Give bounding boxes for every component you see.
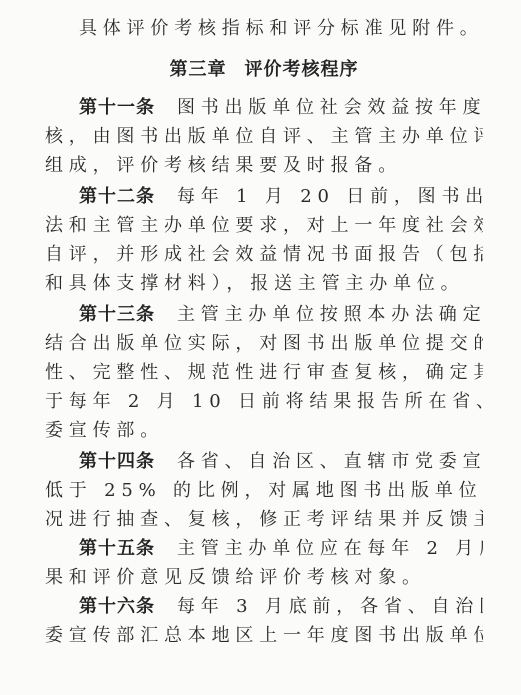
article-11: 第十一条图书出版单位社会效益按年度进行评价考 核，由图书出版单位自评、主管主办单… bbox=[45, 93, 483, 180]
article-line: 第十五条主管主办单位应在每年 2 月底前将考核结 bbox=[45, 534, 483, 563]
article-label: 第十四条 bbox=[79, 451, 155, 472]
article-line: 自评，并形成社会效益情况书面报告（包括自评得分情况 bbox=[45, 240, 483, 269]
chapter-title: 评价考核程序 bbox=[245, 59, 359, 80]
article-line: 委宣传部。 bbox=[45, 416, 483, 445]
document-page: 具体评价考核指标和评分标准见附件。 第三章评价考核程序 第十一条图书出版单位社会… bbox=[45, 14, 483, 650]
article-line: 于每年 2 月 10 日前将结果报告所在省、自治区、直辖市党 bbox=[45, 387, 483, 416]
article-label: 第十二条 bbox=[79, 186, 155, 207]
article-16: 第十六条每年 3 月底前，各省、自治区、直辖市党 委宣传部汇总本地区上一年度图书… bbox=[45, 592, 483, 650]
article-line: 低于 25% 的比例，对属地图书出版单位的社会效益考核情 bbox=[45, 476, 483, 505]
article-text: 每年 1 月 20 日前，图书出版单位按照本办 bbox=[177, 186, 483, 207]
intro-line: 具体评价考核指标和评分标准见附件。 bbox=[45, 14, 483, 43]
article-line: 果和评价意见反馈给评价考核对象。 bbox=[45, 563, 483, 592]
article-14: 第十四条各省、自治区、直辖市党委宣传部按照不 低于 25% 的比例，对属地图书出… bbox=[45, 447, 483, 534]
article-label: 第十五条 bbox=[79, 538, 155, 559]
article-15: 第十五条主管主办单位应在每年 2 月底前将考核结 果和评价意见反馈给评价考核对象… bbox=[45, 534, 483, 592]
article-line: 法和主管主办单位要求，对上一年度社会效益情况进行打分 bbox=[45, 211, 483, 240]
article-line: 第十一条图书出版单位社会效益按年度进行评价考 bbox=[45, 93, 483, 122]
chapter-heading: 第三章评价考核程序 bbox=[45, 55, 483, 85]
article-12: 第十二条每年 1 月 20 日前，图书出版单位按照本办 法和主管主办单位要求，对… bbox=[45, 182, 483, 298]
article-text: 每年 3 月底前，各省、自治区、直辖市党 bbox=[177, 596, 483, 617]
article-text: 主管主办单位应在每年 2 月底前将考核结 bbox=[177, 538, 483, 559]
article-line: 第十四条各省、自治区、直辖市党委宣传部按照不 bbox=[45, 447, 483, 476]
article-label: 第十六条 bbox=[79, 596, 155, 617]
article-line: 第十六条每年 3 月底前，各省、自治区、直辖市党 bbox=[45, 592, 483, 621]
chapter-number: 第三章 bbox=[170, 59, 227, 80]
article-line: 第十三条主管主办单位按照本办法确定的考核内容， bbox=[45, 300, 483, 329]
article-text: 图书出版单位社会效益按年度进行评价考 bbox=[177, 97, 483, 118]
article-text: 主管主办单位按照本办法确定的考核内容， bbox=[177, 304, 483, 325]
article-line: 况进行抽查、复核，修正考评结果并反馈主管主办单位。 bbox=[45, 505, 483, 534]
article-13: 第十三条主管主办单位按照本办法确定的考核内容， 结合出版单位实际，对图书出版单位… bbox=[45, 300, 483, 445]
article-line: 组成，评价考核结果要及时报备。 bbox=[45, 151, 483, 180]
article-line: 第十二条每年 1 月 20 日前，图书出版单位按照本办 bbox=[45, 182, 483, 211]
article-line: 性、完整性、规范性进行审查复核，确定其得分和等级，并 bbox=[45, 358, 483, 387]
article-line: 核，由图书出版单位自评、主管主办单位评价考核两个步骤 bbox=[45, 122, 483, 151]
article-line: 结合出版单位实际，对图书出版单位提交的自评结果的真实 bbox=[45, 329, 483, 358]
article-line: 和具体支撑材料），报送主管主办单位。 bbox=[45, 269, 483, 298]
article-text: 各省、自治区、直辖市党委宣传部按照不 bbox=[177, 451, 483, 472]
article-label: 第十一条 bbox=[79, 97, 155, 118]
article-label: 第十三条 bbox=[79, 304, 155, 325]
article-line: 委宣传部汇总本地区上一年度图书出版单位社会效益评价考 bbox=[45, 621, 483, 650]
